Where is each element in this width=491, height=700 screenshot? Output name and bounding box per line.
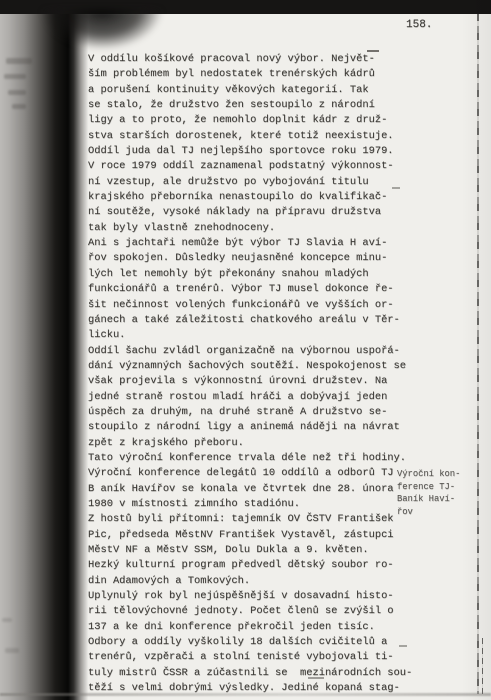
ghost-text-mark (5, 648, 19, 653)
page-curl-shadow (42, 9, 162, 49)
stray-typewriter-mark (308, 677, 324, 679)
ghost-text-mark (4, 74, 26, 79)
ghost-text-mark (12, 104, 26, 109)
stray-typewriter-mark (399, 645, 407, 647)
page-edge-line (477, 14, 479, 694)
ghost-text-mark (8, 90, 26, 95)
ghost-text-mark (6, 58, 32, 64)
margin-note: Výroční kon- ference TJ- Baník Haví- řov (397, 468, 460, 518)
page-edge-line-short (482, 638, 483, 694)
scanned-document-page: 158. V oddílu košíkové pracoval nový výb… (0, 0, 491, 700)
ghost-text-mark (2, 618, 12, 622)
stray-typewriter-mark (367, 50, 379, 52)
body-text: V oddílu košíkové pracoval nový výbor. N… (88, 52, 412, 696)
page-number: 158. (406, 19, 432, 31)
scan-bottom-edge (0, 693, 491, 696)
stray-typewriter-mark (392, 187, 400, 189)
